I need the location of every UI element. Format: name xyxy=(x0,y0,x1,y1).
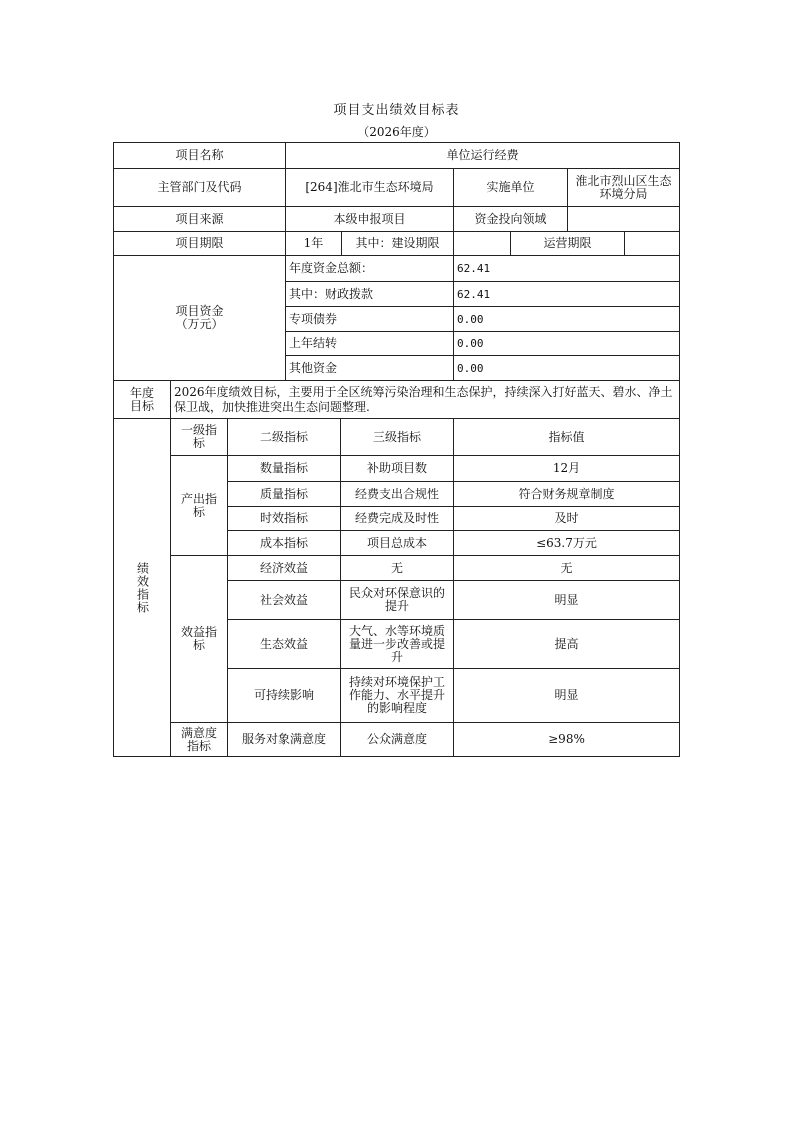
value-cell: ≤63.7万元 xyxy=(453,530,680,556)
goal-label-line1: 年度 xyxy=(130,387,154,400)
value-cell: 提高 xyxy=(453,619,680,669)
level2-cell: 经济效益 xyxy=(227,555,341,581)
funding-label-line2: （万元） xyxy=(175,318,223,331)
level2-cell: 数量指标 xyxy=(227,455,341,482)
funding-row-value: 0.00 xyxy=(453,306,680,332)
level3-cell: 补助项目数 xyxy=(340,455,454,482)
funding-row-label: 其他资金 xyxy=(285,355,454,381)
level2-cell: 服务对象满意度 xyxy=(227,722,341,757)
ops-period-value xyxy=(624,231,680,256)
source-value: 本级申报项目 xyxy=(285,206,454,232)
goal-text: 2026年度绩效目标，主要用于全区统筹污染治理和生态保护，持续深入打好蓝天、碧水… xyxy=(170,380,680,419)
ops-period-label: 运营期限 xyxy=(510,231,625,256)
dept-label: 主管部门及代码 xyxy=(113,168,286,207)
value-cell: ≥98% xyxy=(453,722,680,757)
funding-row-value: 62.41 xyxy=(453,281,680,307)
field-value xyxy=(567,206,680,232)
project-name-value: 单位运行经费 xyxy=(285,142,680,169)
header-value: 指标值 xyxy=(453,418,680,456)
level1-output: 产出指标 xyxy=(170,455,228,556)
level3-cell: 公众满意度 xyxy=(340,722,454,757)
funding-row-label: 专项债券 xyxy=(285,306,454,332)
level3-cell: 项目总成本 xyxy=(340,530,454,556)
value-cell: 12月 xyxy=(453,455,680,482)
funding-row-label: 上年结转 xyxy=(285,331,454,356)
indicators-section-label: 绩效指标 xyxy=(113,418,171,757)
funding-row-value: 0.00 xyxy=(453,331,680,356)
field-label: 资金投向领域 xyxy=(453,206,568,232)
level3-cell: 经费完成及时性 xyxy=(340,506,454,531)
impl-value: 淮北市烈山区生态环境分局 xyxy=(567,168,680,207)
period-value: 1年 xyxy=(285,231,342,256)
dept-value: [264]淮北市生态环境局 xyxy=(285,168,454,207)
header-level2: 二级指标 xyxy=(227,418,341,456)
build-period-label: 其中：建设期限 xyxy=(341,231,454,256)
value-cell: 及时 xyxy=(453,506,680,531)
level3-cell: 无 xyxy=(340,555,454,581)
value-cell: 无 xyxy=(453,555,680,581)
level3-cell: 持续对环境保护工作能力、水平提升的影响程度 xyxy=(340,668,454,723)
level2-cell: 时效指标 xyxy=(227,506,341,531)
project-name-label: 项目名称 xyxy=(113,142,286,169)
level2-cell: 社会效益 xyxy=(227,580,341,620)
header-level3: 三级指标 xyxy=(340,418,454,456)
funding-row-value: 62.41 xyxy=(453,255,680,282)
indicators-section-text: 绩效指标 xyxy=(136,562,149,614)
level3-cell: 民众对环保意识的提升 xyxy=(340,580,454,620)
level1-satisfaction: 满意度指标 xyxy=(170,722,228,757)
level2-cell: 生态效益 xyxy=(227,619,341,669)
funding-row-label: 年度资金总额： xyxy=(285,255,454,282)
build-period-value xyxy=(453,231,511,256)
period-label: 项目期限 xyxy=(113,231,286,256)
level1-benefit: 效益指标 xyxy=(170,555,228,723)
value-cell: 明显 xyxy=(453,580,680,620)
level2-cell: 成本指标 xyxy=(227,530,341,556)
document-title: 项目支出绩效目标表 xyxy=(0,99,793,118)
funding-label: 项目资金 （万元） xyxy=(113,255,286,381)
level2-cell: 可持续影响 xyxy=(227,668,341,723)
document-year: （2026年度） xyxy=(0,123,793,140)
impl-label: 实施单位 xyxy=(453,168,568,207)
level3-cell: 经费支出合规性 xyxy=(340,481,454,507)
source-label: 项目来源 xyxy=(113,206,286,232)
value-cell: 明显 xyxy=(453,668,680,723)
value-cell: 符合财务规章制度 xyxy=(453,481,680,507)
goal-label: 年度 目标 xyxy=(113,380,171,419)
level3-cell: 大气、水等环境质量进一步改善或提升 xyxy=(340,619,454,669)
funding-row-label: 其中：财政拨款 xyxy=(285,281,454,307)
level2-cell: 质量指标 xyxy=(227,481,341,507)
funding-row-value: 0.00 xyxy=(453,355,680,381)
header-level1: 一级指标 xyxy=(170,418,228,456)
goal-label-line2: 目标 xyxy=(130,400,154,413)
